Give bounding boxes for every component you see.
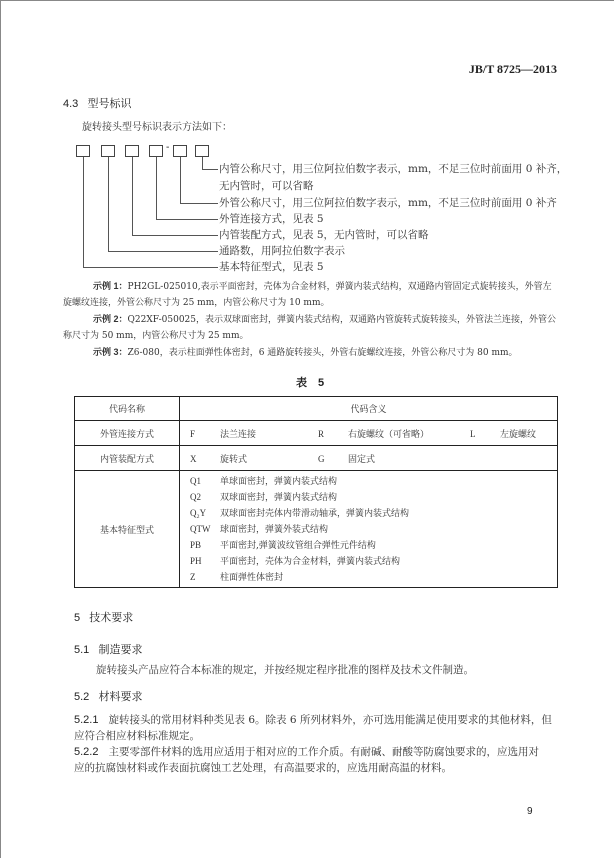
section-4-3-intro: 旋转接头型号标识表示方法如下： — [82, 118, 232, 133]
table-5-caption: 表 5 — [296, 374, 324, 390]
section-title: 型号标识 — [87, 98, 131, 110]
example-1: 示例 1：PH2GL-025010,表示平面密封，壳体为合金材料，弹簧内装式结构… — [63, 278, 563, 311]
label-outer-size: 外管公称尺寸，用三位阿拉伯数字表示，mm，不足三位时前面用 0 补齐 — [219, 195, 557, 210]
example-label: 示例 3： — [93, 347, 128, 357]
clause-text: 主要零部件材料的选用应适用于相对应的工作介质。有耐碱、耐酸等防腐蚀要求的，应选用… — [108, 746, 539, 758]
section-number: 5.1 — [74, 644, 89, 656]
code-box-5 — [173, 145, 187, 157]
label-passage-count: 通路数，用阿拉伯数字表示 — [219, 243, 345, 258]
meaning: 法兰连接 — [220, 427, 318, 440]
code: Q2 — [180, 489, 220, 505]
code-box-4 — [149, 145, 163, 157]
leader-line — [108, 251, 218, 252]
table-5: 代码名称 代码含义 外管连接方式 F法兰连接R右旋螺纹（可省略）L左旋螺纹 内管… — [74, 396, 558, 588]
leader-line — [132, 235, 218, 236]
meaning: 单球面密封，弹簧内装式结构 — [220, 474, 337, 490]
example-text: Q22XF-050025，表示双球面密封，弹簧内装式结构，双通路内管旋转式旋转接… — [128, 315, 556, 325]
section-5-2-heading: 5.2 材料要求 — [74, 688, 142, 704]
section-number: 4.3 — [63, 98, 78, 110]
section-5-2-1: 5.2.1 旋转接头的常用材料种类见表 6。除表 6 所列材料外，亦可选用能满足… — [74, 712, 552, 744]
label-inner-size: 内管公称尺寸，用三位阿拉伯数字表示，mm，不足三位时前面用 0 补齐， — [219, 161, 567, 176]
label-inner-size-cont: 无内管时，可以省略 — [219, 178, 314, 193]
leader-line — [156, 157, 157, 219]
leader-line — [156, 219, 218, 220]
code: PB — [180, 537, 220, 553]
section-number: 5.2 — [74, 691, 89, 703]
example-text: 旋螺纹连接，外管公称尺寸为 25 mm，内管公称尺寸为 10 mm。 — [63, 298, 330, 308]
leader-line — [83, 267, 218, 268]
code-box-1 — [76, 145, 90, 157]
table-row-basic-feature: 基本特征型式 Q1单球面密封，弹簧内装式结构 Q2双球面密封，弹簧内装式结构 Q… — [75, 471, 558, 588]
label-inner-assembly: 内管装配方式，见表 5，无内管时，可以省略 — [219, 227, 429, 242]
meaning: 柱面弹性体密封 — [220, 570, 283, 586]
table-row-inner-assembly: 内管装配方式 X旋转式G固定式 — [75, 446, 558, 471]
code-box-6 — [195, 145, 209, 157]
meaning: 固定式 — [348, 452, 375, 465]
meaning: 旋转式 — [220, 452, 318, 465]
leader-line — [180, 203, 218, 204]
row-name: 外管连接方式 — [75, 421, 180, 446]
leader-line — [83, 157, 84, 267]
code-separator: - — [166, 142, 169, 153]
leader-line — [202, 169, 218, 170]
label-basic-feature: 基本特征型式，见表 5 — [219, 259, 324, 274]
example-3: 示例 3：Z6-080，表示柱面弹性体密封，6 通路旋转接头，外管右旋螺纹连接，… — [63, 344, 563, 361]
clause-number: 5.2.2 — [74, 746, 98, 758]
example-label: 示例 1： — [93, 281, 128, 291]
table-header-row: 代码名称 代码含义 — [75, 397, 558, 421]
meaning: 平面密封，壳体为合金材料，弹簧内装式结构 — [220, 554, 400, 570]
header-code-meaning: 代码含义 — [180, 397, 558, 421]
example-text: 称尺寸为 50 mm，内管公称尺寸为 25 mm。 — [63, 331, 249, 341]
leader-line — [132, 157, 133, 235]
section-title: 制造要求 — [98, 644, 142, 656]
clause-text: 应的抗腐蚀材料或作表面抗腐蚀工艺处理，有高温要求的，应选用耐高温的材料。 — [74, 762, 452, 774]
code: R — [318, 429, 348, 439]
section-title: 技术要求 — [89, 612, 133, 624]
section-5-heading: 5 技术要求 — [74, 609, 133, 625]
code: X — [180, 454, 220, 464]
header-code-name: 代码名称 — [75, 397, 180, 421]
meaning: 平面密封,弹簧波纹管组合弹性元件结构 — [220, 538, 376, 554]
standard-code-header: JB/T 8725—2013 — [469, 62, 557, 77]
meaning: 双球面密封壳体内带滑动轴承，弹簧内装式结构 — [220, 506, 409, 522]
example-text: PH2GL-025010,表示平面密封，壳体为合金材料，弹簧内装式结构，双通路内… — [128, 282, 552, 292]
row-name: 基本特征型式 — [75, 471, 180, 588]
section-5-2-2: 5.2.2 主要零部件材料的选用应适用于相对应的工作介质。有耐碱、耐酸等防腐蚀要… — [74, 744, 539, 776]
table-row-outer-connection: 外管连接方式 F法兰连接R右旋螺纹（可省略）L左旋螺纹 — [75, 421, 558, 446]
examples-block: 示例 1：PH2GL-025010,表示平面密封，壳体为合金材料，弹簧内装式结构… — [63, 278, 563, 361]
row-name: 内管装配方式 — [75, 446, 180, 471]
example-2: 示例 2：Q22XF-050025，表示双球面密封，弹簧内装式结构，双通路内管旋… — [63, 311, 563, 344]
clause-text: 应符合相应材料标准规定。 — [74, 730, 200, 742]
leader-line — [202, 157, 203, 169]
code: Q₂Y — [180, 505, 220, 521]
leader-line — [108, 157, 109, 251]
meaning: 双球面密封，弹簧内装式结构 — [220, 490, 337, 506]
row-meaning: Q1单球面密封，弹簧内装式结构 Q2双球面密封，弹簧内装式结构 Q₂Y双球面密封… — [180, 471, 558, 588]
section-5-1-text: 旋转接头产品应符合本标准的规定，并按经规定程序批准的图样及技术文件制造。 — [96, 662, 474, 678]
row-meaning: F法兰连接R右旋螺纹（可省略）L左旋螺纹 — [180, 421, 558, 446]
meaning: 左旋螺纹 — [500, 427, 536, 440]
code: QTW — [180, 521, 220, 537]
section-5-1-heading: 5.1 制造要求 — [74, 641, 142, 657]
code: Q1 — [180, 473, 220, 489]
leader-line — [180, 157, 181, 203]
code: L — [470, 429, 500, 439]
meaning: 右旋螺纹（可省略） — [348, 427, 470, 440]
section-title: 材料要求 — [98, 691, 142, 703]
code-box-3 — [125, 145, 139, 157]
example-text: Z6-080，表示柱面弹性体密封，6 通路旋转接头，外管右旋螺纹连接，外管公称尺… — [128, 348, 518, 358]
row-meaning: X旋转式G固定式 — [180, 446, 558, 471]
code: F — [180, 429, 220, 439]
section-number: 5 — [74, 612, 80, 624]
page-number: 9 — [527, 806, 533, 817]
code: Z — [180, 569, 220, 585]
section-4-3-heading: 4.3 型号标识 — [63, 95, 131, 111]
example-label: 示例 2： — [93, 314, 128, 324]
code: PH — [180, 553, 220, 569]
label-outer-connection: 外管连接方式，见表 5 — [219, 211, 324, 226]
clause-text: 旋转接头的常用材料种类见表 6。除表 6 所列材料外，亦可选用能满足使用要求的其… — [108, 714, 551, 726]
code-box-2 — [101, 145, 115, 157]
clause-number: 5.2.1 — [74, 714, 98, 726]
meaning: 球面密封，弹簧外装式结构 — [220, 522, 328, 538]
code: G — [318, 454, 348, 464]
